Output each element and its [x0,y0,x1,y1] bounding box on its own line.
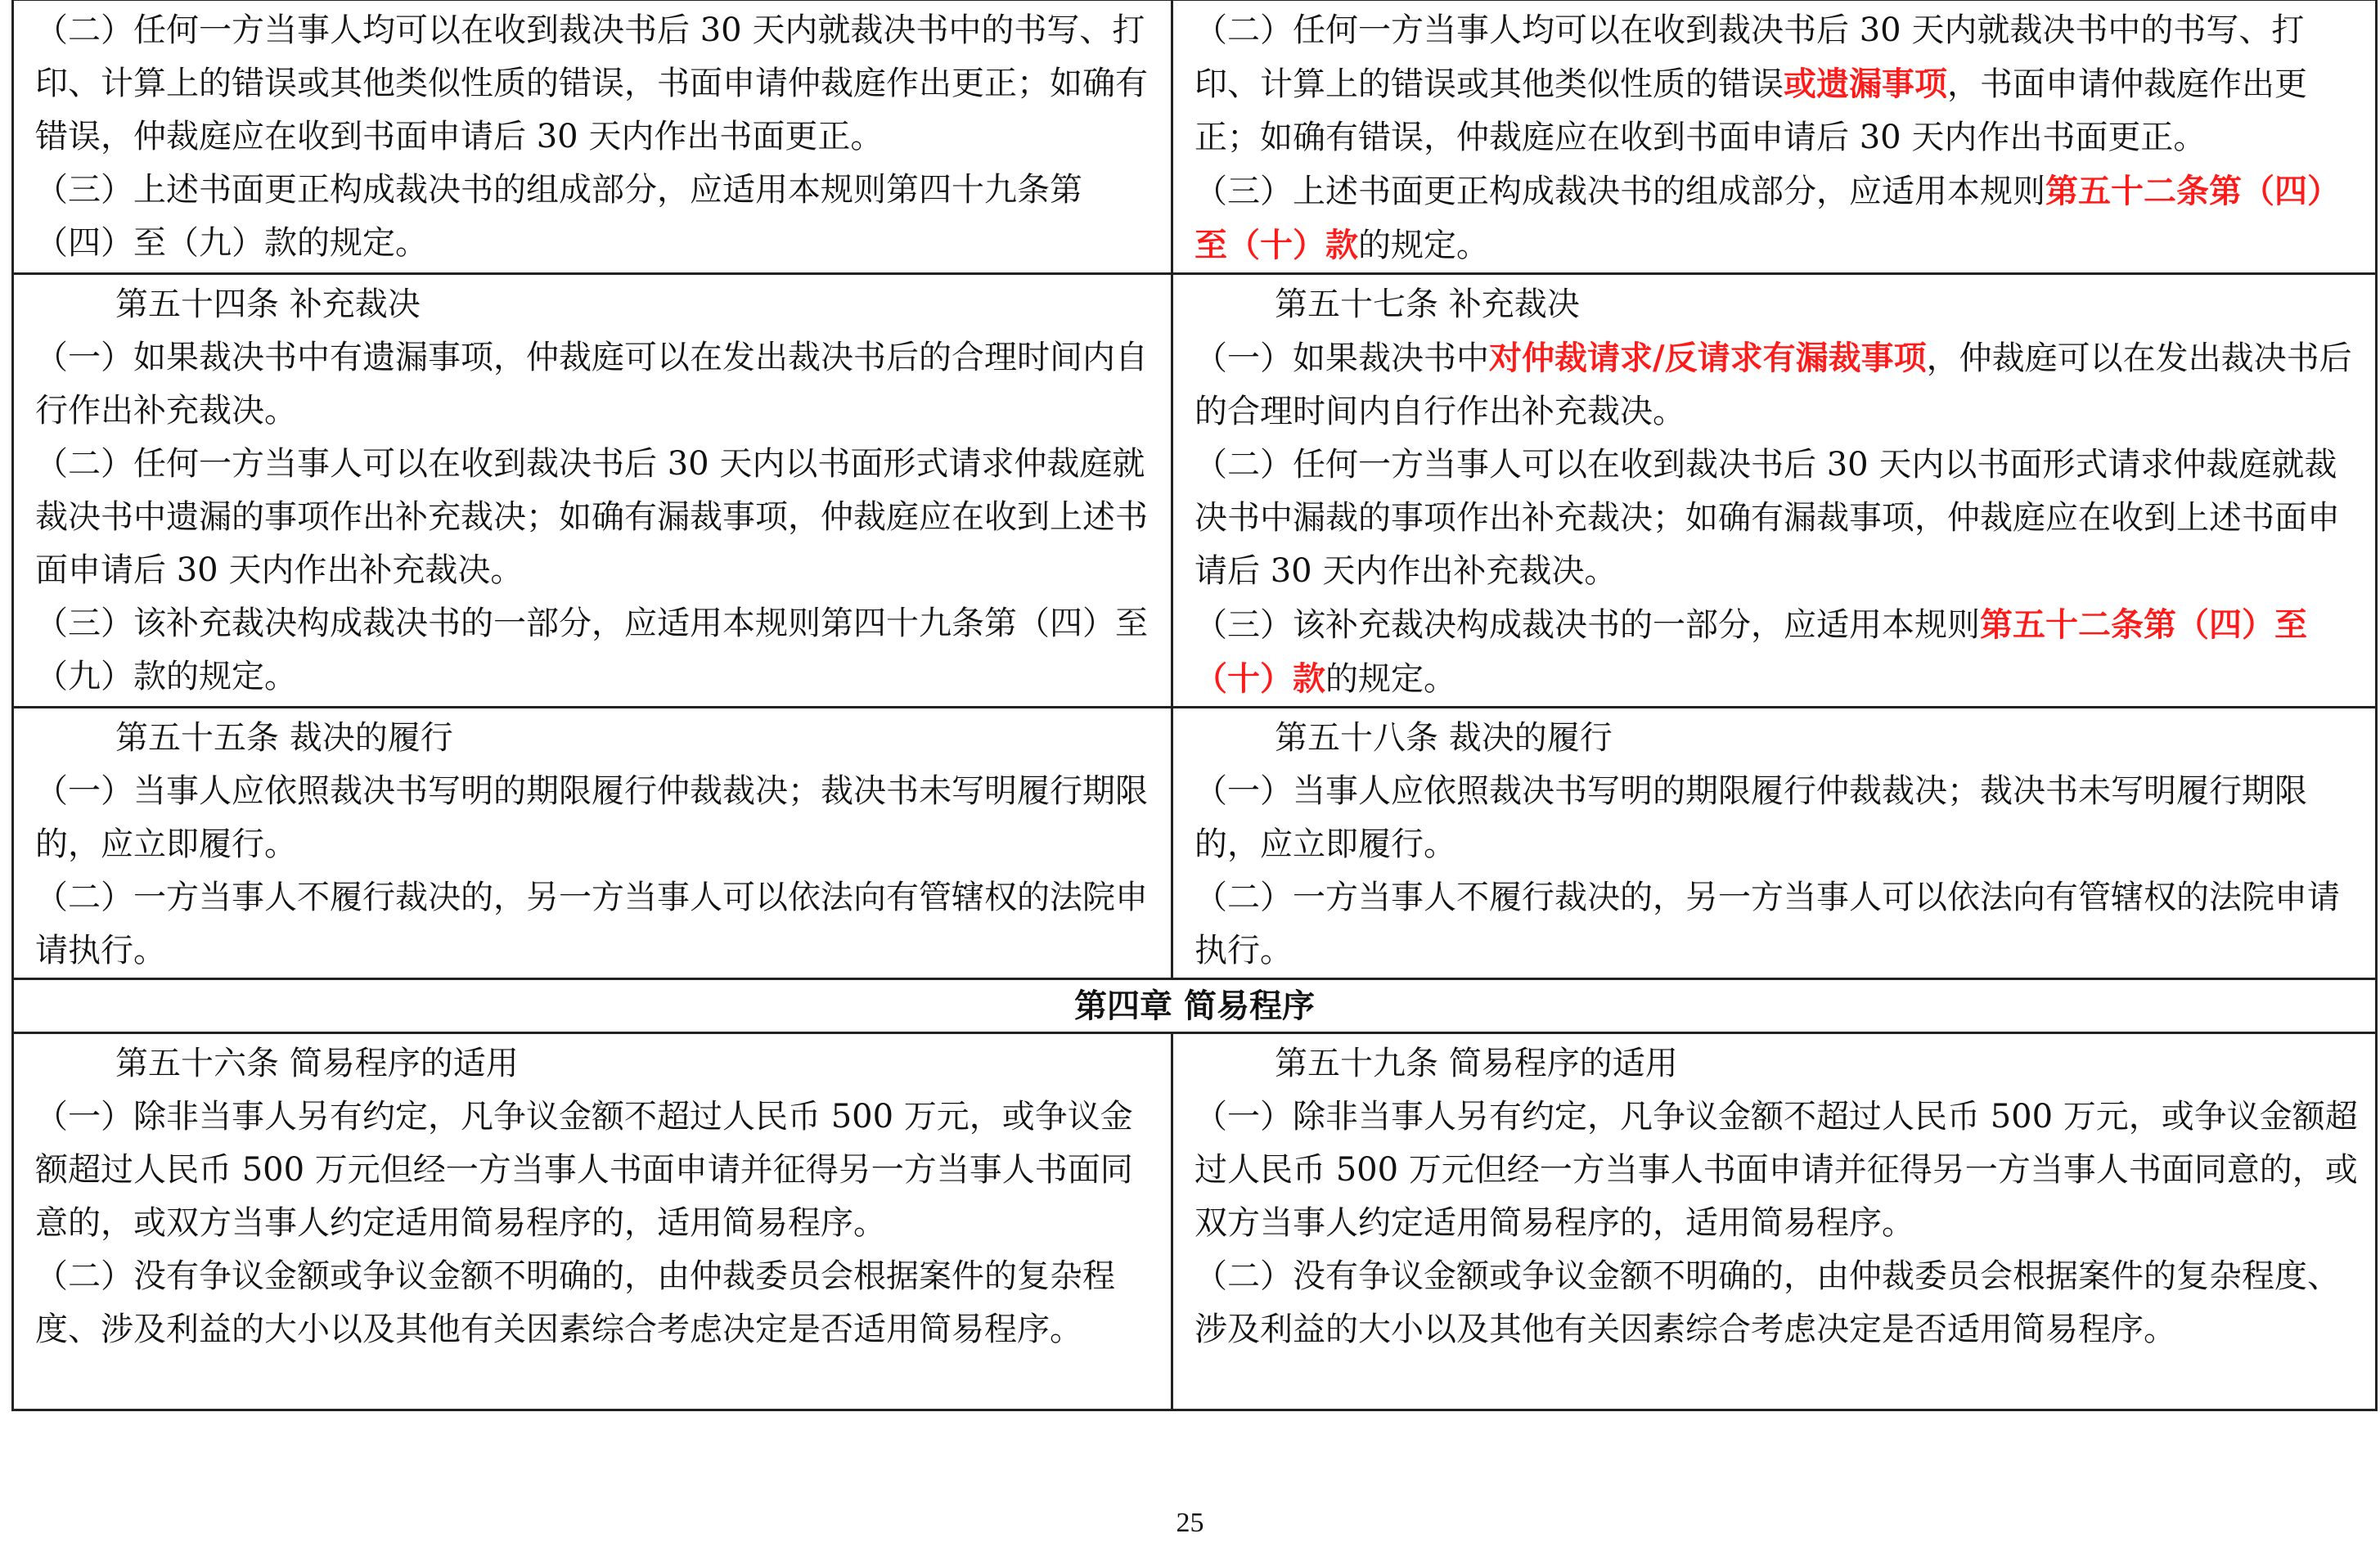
clause-text: 的规定。 [1358,227,1489,264]
table-row: 第五十四条 补充裁决（一）如果裁决书中有遗漏事项，仲裁庭可以在发出裁决书后的合理… [13,274,2377,708]
clause-text: （二）没有争议金额或争议金额不明确的，由仲裁委员会根据案件的复杂程度、涉及利益的… [1194,1257,2340,1348]
clause-text: （二）任何一方当事人均可以在收到裁决书后 30 天内就裁决书中的书写、打印、计算… [35,11,1148,155]
clause-paragraph: （一）如果裁决书中对仲裁请求/反请求有漏裁事项，仲裁庭可以在发出裁决书后的合理时… [1194,331,2364,438]
clause-paragraph: （三）该补充裁决构成裁决书的一部分，应适用本规则第五十二条第（四）至（十）款的规… [1194,598,2364,706]
clause-paragraph: （三）上述书面更正构成裁决书的组成部分，应适用本规则第五十二条第（四）至（十）款… [1194,164,2364,272]
clause-paragraph: （二）任何一方当事人均可以在收到裁决书后 30 天内就裁决书中的书写、打印、计算… [1194,4,2364,164]
article-title: 第五十七条 补充裁决 [1194,278,2364,331]
cell-old-rules: 第五十六条 简易程序的适用（一）除非当事人另有约定，凡争议金额不超过人民币 50… [13,1033,1172,1410]
clause-paragraph: （三）上述书面更正构成裁决书的组成部分，应适用本规则第四十九条第（四）至（九）款… [35,164,1161,270]
table-row: 第五十五条 裁决的履行（一）当事人应依照裁决书写明的期限履行仲裁裁决；裁决书未写… [13,708,2377,979]
clause-paragraph: （二）任何一方当事人可以在收到裁决书后 30 天内以书面形式请求仲裁庭就裁决书中… [35,438,1161,597]
clause-text: （一）当事人应依照裁决书写明的期限履行仲裁裁决；裁决书未写明履行期限的，应立即履… [35,772,1148,863]
clause-text: （二）任何一方当事人可以在收到裁决书后 30 天内以书面形式请求仲裁庭就裁决书中… [35,445,1148,589]
clause-paragraph: （二）一方当事人不履行裁决的，另一方当事人可以依法向有管辖权的法院申请执行。 [1194,871,2364,978]
clause-paragraph: （二）任何一方当事人均可以在收到裁决书后 30 天内就裁决书中的书写、打印、计算… [35,4,1161,164]
cell-new-rules: 第五十九条 简易程序的适用（一）除非当事人另有约定，凡争议金额不超过人民币 50… [1172,1033,2377,1410]
clause-paragraph: （三）该补充裁决构成裁决书的一部分，应适用本规则第四十九条第（四）至（九）款的规… [35,597,1161,704]
clause-paragraph: （二）一方当事人不履行裁决的，另一方当事人可以依法向有管辖权的法院申请执行。 [35,871,1161,978]
amended-text-highlight: 或遗漏事项 [1784,65,1947,103]
clause-text: （三）该补充裁决构成裁决书的一部分，应适用本规则第四十九条第（四）至（九）款的规… [35,605,1148,695]
cell-old-rules: 第五十四条 补充裁决（一）如果裁决书中有遗漏事项，仲裁庭可以在发出裁决书后的合理… [13,274,1172,708]
chapter-heading: 第四章 简易程序 [13,979,2377,1033]
amended-text-highlight: 对仲裁请求/反请求有漏裁事项 [1489,339,1927,377]
clause-text: 的规定。 [1325,660,1456,698]
clause-paragraph: （一）如果裁决书中有遗漏事项，仲裁庭可以在发出裁决书后的合理时间内自行作出补充裁… [35,331,1161,438]
clause-text: （三）上述书面更正构成裁决书的组成部分，应适用本规则第四十九条第（四）至（九）款… [35,171,1082,262]
cell-new-rules: （二）任何一方当事人均可以在收到裁决书后 30 天内就裁决书中的书写、打印、计算… [1172,0,2377,274]
cell-new-rules: 第五十八条 裁决的履行（一）当事人应依照裁决书写明的期限履行仲裁裁决；裁决书未写… [1172,708,2377,979]
clause-paragraph: （一）除非当事人另有约定，凡争议金额不超过人民币 500 万元，或争议金额超过人… [35,1091,1161,1250]
clause-text: （一）除非当事人另有约定，凡争议金额不超过人民币 500 万元，或争议金额超过人… [1194,1098,2358,1242]
clause-paragraph: （二）没有争议金额或争议金额不明确的，由仲裁委员会根据案件的复杂程度、涉及利益的… [1194,1250,2364,1356]
page-number: 25 [0,1507,2380,1540]
article-title: 第五十四条 补充裁决 [35,278,1161,331]
article-title: 第五十六条 简易程序的适用 [35,1037,1161,1091]
clause-text: （二）任何一方当事人可以在收到裁决书后 30 天内以书面形式请求仲裁庭就裁决书中… [1194,446,2340,590]
clause-text: （二）没有争议金额或争议金额不明确的，由仲裁委员会根据案件的复杂程度、涉及利益的… [35,1257,1115,1348]
clause-paragraph: （一）当事人应依照裁决书写明的期限履行仲裁裁决；裁决书未写明履行期限的，应立即履… [35,765,1161,871]
clause-text: （一）如果裁决书中有遗漏事项，仲裁庭可以在发出裁决书后的合理时间内自行作出补充裁… [35,339,1148,429]
article-title: 第五十五条 裁决的履行 [35,712,1161,765]
clause-paragraph: （一）除非当事人另有约定，凡争议金额不超过人民币 500 万元，或争议金额超过人… [1194,1091,2364,1250]
table-row: 第五十六条 简易程序的适用（一）除非当事人另有约定，凡争议金额不超过人民币 50… [13,1033,2377,1410]
cell-new-rules: 第五十七条 补充裁决（一）如果裁决书中对仲裁请求/反请求有漏裁事项，仲裁庭可以在… [1172,274,2377,708]
cell-old-rules: （二）任何一方当事人均可以在收到裁决书后 30 天内就裁决书中的书写、打印、计算… [13,0,1172,274]
cell-old-rules: 第五十五条 裁决的履行（一）当事人应依照裁决书写明的期限履行仲裁裁决；裁决书未写… [13,708,1172,979]
clause-text: （三）上述书面更正构成裁决书的组成部分，应适用本规则 [1194,173,2045,210]
article-title: 第五十八条 裁决的履行 [1194,712,2364,765]
clause-paragraph: （二）没有争议金额或争议金额不明确的，由仲裁委员会根据案件的复杂程度、涉及利益的… [35,1250,1161,1356]
clause-text: （一）如果裁决书中 [1194,340,1489,377]
table-row: （二）任何一方当事人均可以在收到裁决书后 30 天内就裁决书中的书写、打印、计算… [13,0,2377,274]
clause-text: （三）该补充裁决构成裁决书的一部分，应适用本规则 [1194,606,1980,644]
clause-text: （一）除非当事人另有约定，凡争议金额不超过人民币 500 万元，或争议金额超过人… [35,1098,1133,1242]
clause-text: （二）一方当事人不履行裁决的，另一方当事人可以依法向有管辖权的法院申请执行。 [35,879,1148,969]
article-title: 第五十九条 简易程序的适用 [1194,1037,2364,1091]
clause-text: （一）当事人应依照裁决书写明的期限履行仲裁裁决；裁决书未写明履行期限的，应立即履… [1194,772,2307,863]
comparison-table: （二）任何一方当事人均可以在收到裁决书后 30 天内就裁决书中的书写、打印、计算… [11,0,2378,1411]
clause-text: （二）一方当事人不履行裁决的，另一方当事人可以依法向有管辖权的法院申请执行。 [1194,879,2340,969]
clause-paragraph: （二）任何一方当事人可以在收到裁决书后 30 天内以书面形式请求仲裁庭就裁决书中… [1194,438,2364,598]
chapter-heading-row: 第四章 简易程序 [13,979,2377,1033]
clause-paragraph: （一）当事人应依照裁决书写明的期限履行仲裁裁决；裁决书未写明履行期限的，应立即履… [1194,765,2364,871]
